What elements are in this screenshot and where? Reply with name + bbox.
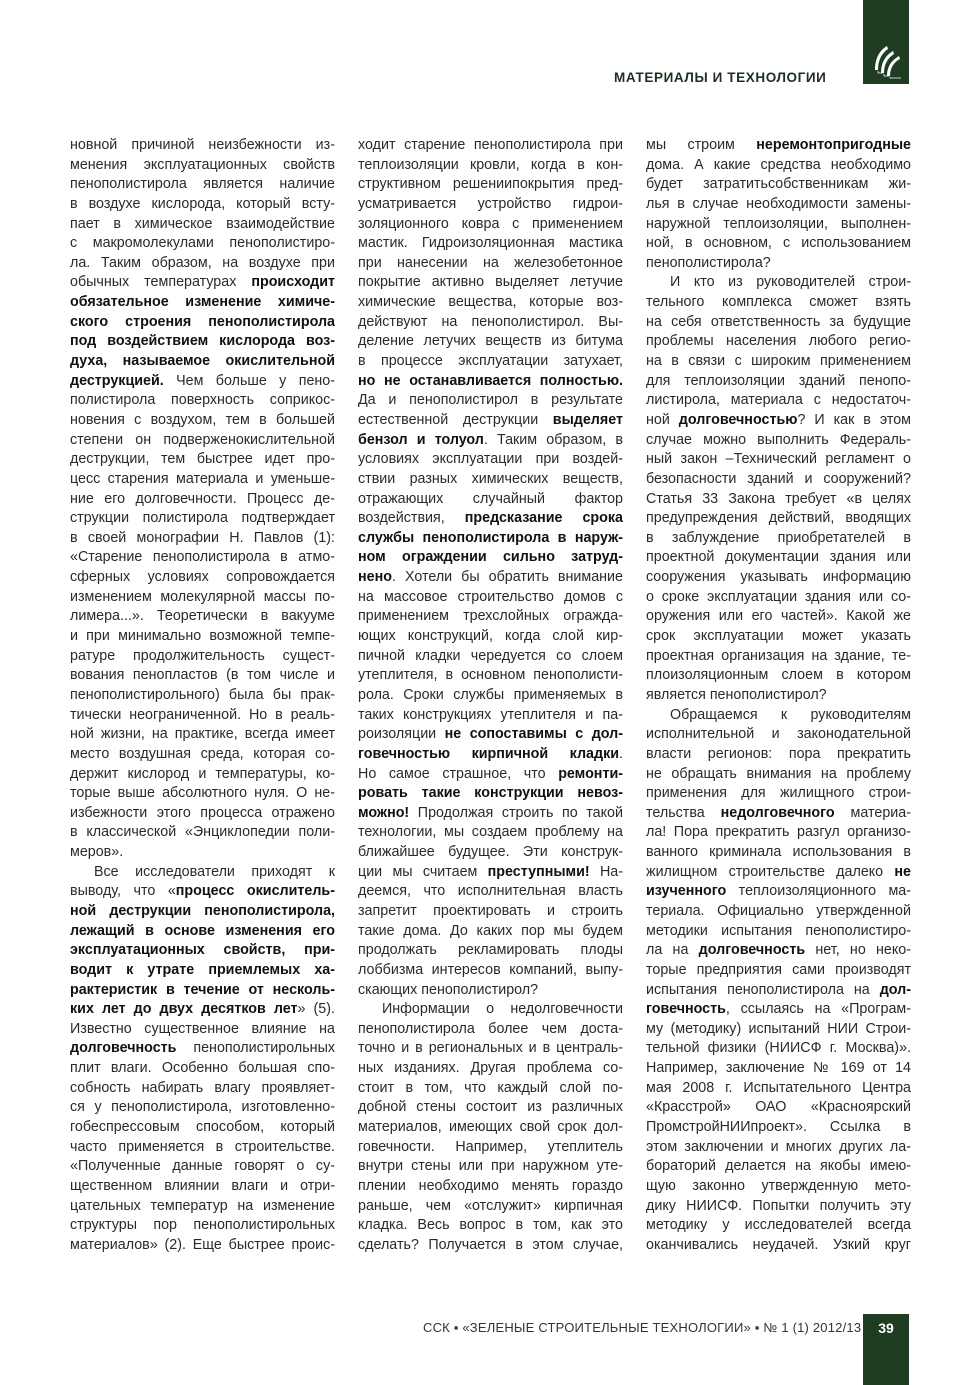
text-line: на себя ответственность за будущие [646,313,911,333]
text-line: Все исследователи приходят к [70,863,335,883]
text-line: власти регионов: пора прекратить [646,745,911,765]
text-line: в классической «Энциклопедии поли- [70,823,335,843]
header-accent-bar [863,0,909,84]
text-line: золяционного ковра с применением [358,215,623,235]
text-line: сферных условиях сопровождается [70,568,335,588]
text-line: вования пенопластов (в том числе и [70,666,335,686]
text-line: стоит в том, что каждый слой по- [358,1079,623,1099]
text-line: ближайшее будущее. Эти конструк- [358,843,623,863]
text-line: Информации о недолговечности [358,1000,623,1020]
text-line: Обращаемся к руководителям [646,706,911,726]
text-line: технологии, мы создаем проблему на [358,823,623,843]
text-line: му (методику) испытаний НИИ Строи- [646,1020,911,1040]
text-line: ванного криминала использования в [646,843,911,863]
text-line: место воздушная среда, которая со- [70,745,335,765]
text-line: «Полученные данные говорят о су- [70,1157,335,1177]
text-line: ла на долговечность нет, но неко- [646,941,911,961]
text-line: плении необходимо менять гораздо [358,1177,623,1197]
text-line: пенополистирольного) была бы прак- [70,686,335,706]
text-line: ла. Таким образом, на воздухе при [70,254,335,274]
text-line: кладка. Весь вопрос в том, как это [358,1216,623,1236]
text-line: выводу, что «процесс окислитель- [70,882,335,902]
text-line: ный закон –Технический регламент о [646,450,911,470]
text-line: ных изданиях. Другая проблема со- [358,1059,623,1079]
text-line: духа, называемое окислительной [70,352,335,372]
text-line: нено. Хотели бы обратить внимание [358,568,623,588]
text-line: методику у исследователей всегда [646,1216,911,1236]
text-line: цательных температур на изменение [70,1197,335,1217]
text-line: полистирола поверхность соприкос- [70,391,335,411]
text-line: рола. Сроки службы применяемых в [358,686,623,706]
article-column-1: новной причиной неизбежности из-менения … [70,136,335,1256]
text-line: теплоизоляции кровли, когда в кон- [358,156,623,176]
text-line: под воздействием кислорода воз- [70,332,335,352]
text-line: продолжать рекламировать плоды [358,941,623,961]
text-line: щую законно утвержденную мето- [646,1177,911,1197]
text-line: долговечность пенополистирольных [70,1039,335,1059]
text-line: оканчивались неудачей. Узкий круг [646,1236,911,1256]
text-line: пенополистирола является наличие [70,175,335,195]
text-line: проектная организация на здание, те- [646,647,911,667]
text-line: для теплоизоляции зданий пенопо- [646,372,911,392]
text-line: в процессе эксплуатации затухает, [358,352,623,372]
text-line: избежности этого процесса отражено [70,804,335,824]
text-line: раньше, чем «отслужит» кирпичная [358,1197,623,1217]
text-line: ла! Пора прекратить разгул организо- [646,823,911,843]
text-line: скающих пенополистирол? [358,981,623,1001]
text-line: ние его долговечности. Процесс де- [70,490,335,510]
text-line: не обращать внимания на проблему [646,765,911,785]
text-line: этом заключении и многих других ла- [646,1138,911,1158]
section-title: МАТЕРИАЛЫ И ТЕХНОЛОГИИ [614,70,827,85]
text-line: ся у пенополистирола, изготовленно- [70,1098,335,1118]
text-line: эксплуатационных свойств, при- [70,941,335,961]
text-line: деление летучих веществ из битума [358,332,623,352]
text-line: в заблуждение приобретателей в [646,529,911,549]
text-line: новения с воздухом, тем в большей [70,411,335,431]
text-line: говечностью кирпичной кладки. [358,745,623,765]
text-line: можно! Продолжая строить по такой [358,804,623,824]
text-line: наружной теплоизоляции, выполнен- [646,215,911,235]
text-line: ющих конструкций, когда слой кир- [358,627,623,647]
text-line: мастик. Гидроизоляционная мастика [358,234,623,254]
text-line: пенополистирола более чем доста- [358,1020,623,1040]
text-line: предупреждения действий, вводящих [646,509,911,529]
text-line: тельства недолговечного материа- [646,804,911,824]
text-line: деемся, что исполнительная власть [358,882,623,902]
text-line: ского строения пенополистирола [70,313,335,333]
text-line: применением трехслойных огражда- [358,607,623,627]
text-line: бораторий делается на якобы имею- [646,1157,911,1177]
text-line: запретит проектировать и строить [358,902,623,922]
text-line: «Старение пенополистирола в атмо- [70,548,335,568]
text-line: ходит старение пенополистирола при [358,136,623,156]
text-line: изменением молекулярной массы по- [70,588,335,608]
text-line: ной деструкции пенополистирола, [70,902,335,922]
text-line: с макромолекулами пенополистиро- [70,234,335,254]
text-line: естественной деструкции выделяет [358,411,623,431]
text-line: бензол и толуол. Таким образом, в [358,431,623,451]
text-line: обычных температурах происходит [70,273,335,293]
text-line: щественном влиянии влаги и отри- [70,1177,335,1197]
text-line: мая 2008 г. Испытательного Центра [646,1079,911,1099]
text-line: химические вещества, которые воз- [358,293,623,313]
text-line: дома. А какие средства необходимо [646,156,911,176]
text-line: меров». [70,843,335,863]
text-line: Например, заключение № 169 от 14 [646,1059,911,1079]
text-line: материалов» (2). Еще быстрее проис- [70,1236,335,1256]
text-line: пичной кладки чередуется со слоем [358,647,623,667]
text-line: при нанесении на железобетонное [358,254,623,274]
text-line: И кто из руководителей строи- [646,273,911,293]
text-line: ной, в основном, с использованием [646,234,911,254]
text-line: струкции полистирола подтверждает [70,509,335,529]
text-line: будет затратитьсобственникам жи- [646,175,911,195]
text-line: гобеспрессовым способом, который [70,1118,335,1138]
text-line: водит к утрате приемлемых ха- [70,961,335,981]
text-line: говечность, ссылаясь на «Програм- [646,1000,911,1020]
text-line: териала. Официально утвержденной [646,902,911,922]
text-line: о сроке эксплуатации здания или со- [646,588,911,608]
text-line: утеплителя, в основном пенополисти- [358,666,623,686]
text-line: цесс старения материала и уменьше- [70,470,335,490]
text-line: Статья 33 Закона требует «в целях [646,490,911,510]
text-line: «Красстрой» ОАО «Красноярский [646,1098,911,1118]
text-line: срок эксплуатации может указать [646,627,911,647]
text-line: воздействия, предсказание срока [358,509,623,529]
text-line: на в связи с широким применением [646,352,911,372]
text-line: ной долговечностью? И как в этом [646,411,911,431]
text-line: мы строим неремонтопригодные [646,136,911,156]
text-line: ровать такие конструкции невоз- [358,784,623,804]
text-line: действуют на пенополистирол. Вы- [358,313,623,333]
text-line: степени он подверженокислительной [70,431,335,451]
text-line: применения для жилищного строи- [646,784,911,804]
text-line: новной причиной неизбежности из- [70,136,335,156]
article-column-2: ходит старение пенополистирола притеплои… [358,136,623,1256]
publication-footer: ССК ▪ «ЗЕЛЕНЫЕ СТРОИТЕЛЬНЫЕ ТЕХНОЛОГИИ» … [423,1320,861,1335]
text-line: торые предприятия сами производят [646,961,911,981]
text-line: случае можно выполнить Федераль- [646,431,911,451]
text-line: Да и пенополистирол в результате [358,391,623,411]
text-line: проблемы населения любого регио- [646,332,911,352]
text-line: лежащий в основе изменения его [70,922,335,942]
text-line: в воздухе кислорода, который всту- [70,195,335,215]
text-line: оружения или его частей». Какой же [646,607,911,627]
text-line: тельной физики (НИИСФ г. Москва)». [646,1039,911,1059]
text-line: собность набирать влагу проявляет- [70,1079,335,1099]
text-line: отражающих случайный фактор [358,490,623,510]
text-line: методики испытания пенополистиро- [646,922,911,942]
text-line: точно и в региональных и в централь- [358,1039,623,1059]
text-line: сделать? Получается в этом случае, [358,1236,623,1256]
page-number-box: 39 [863,1314,909,1385]
stylized-leaf-arcs-icon [871,40,903,80]
text-line: испытания пенополистирола на дол- [646,981,911,1001]
text-line: внутри стены или при наружном уте- [358,1157,623,1177]
text-line: тически неограниченной. Но в реаль- [70,706,335,726]
text-line: службы пенополистирола в наруж- [358,529,623,549]
text-line: рактеристик в течение от несколь- [70,981,335,1001]
text-line: роизоляции не сопоставимы с дол- [358,725,623,745]
text-line: Известно существенное влияние на [70,1020,335,1040]
text-line: пает в химическое взаимодействие [70,215,335,235]
text-line: на массовое строительство домов с [358,588,623,608]
text-line: менения эксплуатационных свойств [70,156,335,176]
text-line: ции мы считаем преступными! На- [358,863,623,883]
text-line: проектной документации здания или [646,548,911,568]
text-line: пенополистирола? [646,254,911,274]
text-line: но не останавливается полностью. [358,372,623,392]
text-line: и при минимально возможной темпе- [70,627,335,647]
text-line: плит влаги. Особенно большая спо- [70,1059,335,1079]
text-line: такие дома. До каких пор мы будем [358,922,623,942]
text-line: структуры пор пенополистирольных [70,1216,335,1236]
text-line: ной жизни, на практике, всегда имеет [70,725,335,745]
text-line: ном ограждении сильно затруд- [358,548,623,568]
text-line: структивном решениипокрытия пред- [358,175,623,195]
page-number: 39 [863,1320,909,1336]
text-line: сооружения указывать информацию [646,568,911,588]
text-line: ких лет до двух десятков лет» (5). [70,1000,335,1020]
text-line: торые выше абсолютного нуля. О не- [70,784,335,804]
text-line: говечности. Например, утеплитель [358,1138,623,1158]
text-line: таких конструкциях утеплителя и па- [358,706,623,726]
text-line: ратуре продолжительность сущест- [70,647,335,667]
text-line: является пенополистирол? [646,686,911,706]
text-line: изученного теплоизоляционного ма- [646,882,911,902]
text-line: безопасности зданий и сооружений? [646,470,911,490]
text-line: материалов, имеющих свой срок дол- [358,1118,623,1138]
text-line: жилищном строительстве далеко не [646,863,911,883]
text-line: часто применяется в строительстве. [70,1138,335,1158]
article-column-3: мы строим неремонтопригодныедома. А каки… [646,136,911,1256]
text-line: условиях эксплуатации при воздей- [358,450,623,470]
text-line: лоббизма интересов компаний, выпу- [358,961,623,981]
text-line: деструкции, тем быстрее идет про- [70,450,335,470]
text-line: держит кислород и температуры, ко- [70,765,335,785]
text-line: ПромстройНИИпроект». Ссылка в [646,1118,911,1138]
text-line: тельного комплекса сможет взять [646,293,911,313]
text-line: Но самое страшное, что ремонти- [358,765,623,785]
text-line: ствии разных химических веществ, [358,470,623,490]
text-line: дику НИИСФ. Попытки получить эту [646,1197,911,1217]
text-line: добной стены состоит из различных [358,1098,623,1118]
text-line: плоизоляционным слоем в котором [646,666,911,686]
text-line: обязательное изменение химиче- [70,293,335,313]
text-line: в своей монографии Н. Павлов (1): [70,529,335,549]
text-line: лья в случае необходимости замены- [646,195,911,215]
text-line: листирола, материала с недостаточ- [646,391,911,411]
text-line: исполнительной и законодательной [646,725,911,745]
text-line: усматривается устройство гидрои- [358,195,623,215]
text-line: лимера...». Теоретически в вакууме [70,607,335,627]
text-line: деструкцией. Чем больше у пено- [70,372,335,392]
text-line: покрытие активно выделяет летучие [358,273,623,293]
